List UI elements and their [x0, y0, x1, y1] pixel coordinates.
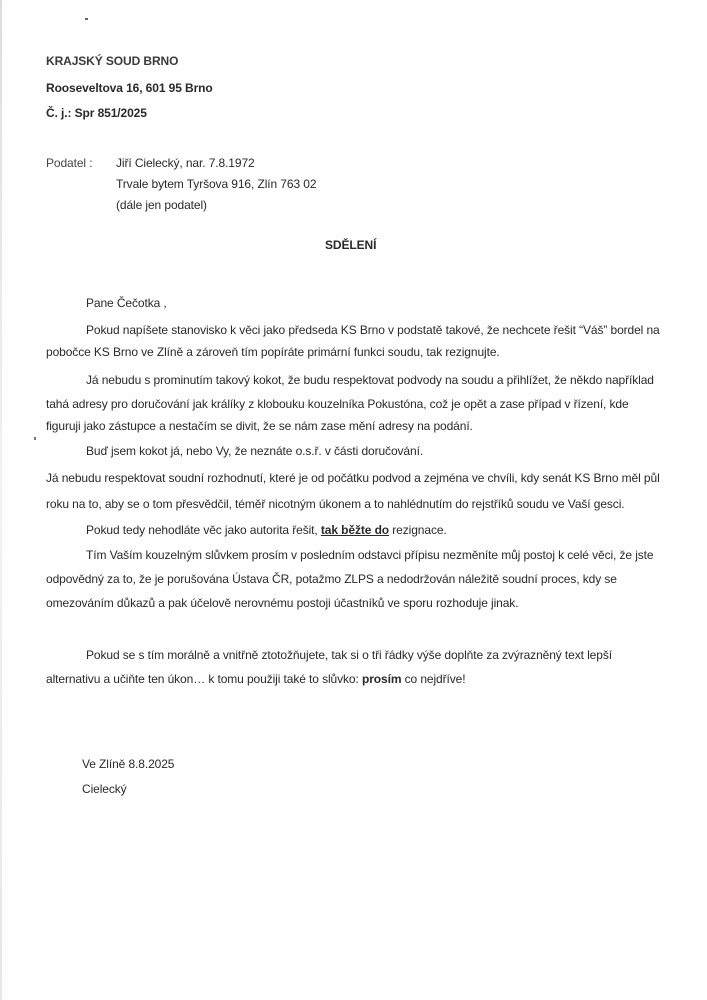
scan-speck: [34, 437, 36, 440]
scan-speck: [85, 18, 88, 20]
text-span: co nejdříve!: [401, 672, 465, 686]
paragraph-line: alternativu a učiňte ten úkon… k tomu po…: [46, 672, 465, 686]
submitter-address: Trvale bytem Tyršova 916, Zlín 763 02: [116, 177, 316, 191]
text-span: Pokud tedy nehodláte věc jako autorita ř…: [86, 523, 321, 537]
submitter-name: Jiří Cielecký, nar. 7.8.1972: [116, 156, 255, 170]
reference-number: Č. j.: Spr 851/2025: [46, 106, 147, 120]
submitter-label: Podatel :: [46, 156, 92, 170]
salutation: Pane Čečotka ,: [86, 296, 167, 310]
court-name: KRAJSKÝ SOUD BRNO: [46, 54, 178, 68]
emphasized-text: prosím: [362, 672, 401, 686]
paragraph-line: roku na to, aby se o tom přesvědčil, tém…: [46, 497, 625, 511]
paragraph-line: Pokud napíšete stanovisko k věci jako př…: [86, 323, 660, 337]
document-page: KRAJSKÝ SOUD BRNO Rooseveltova 16, 601 9…: [0, 0, 707, 1000]
paragraph-line: omezováním důkazů a pak účelově nerovném…: [46, 596, 518, 610]
paragraph-line: Buď jsem kokot já, nebo Vy, že neznáte o…: [86, 444, 423, 458]
paragraph-line: figuruji jako zástupce a nestačím se div…: [46, 419, 473, 433]
paragraph-line: odpovědný za to, že je porušována Ústava…: [46, 572, 617, 586]
place-date: Ve Zlíně 8.8.2025: [82, 757, 174, 771]
paragraph-line: tahá adresy pro doručování jak králíky z…: [46, 397, 629, 411]
signature: Cielecký: [82, 782, 127, 796]
scan-edge: [0, 0, 2, 1000]
paragraph-line: Já nebudu s prominutím takový kokot, že …: [86, 373, 654, 387]
paragraph-line: Tím Vaším kouzelným slůvkem prosím v pos…: [86, 548, 654, 562]
court-address: Rooseveltova 16, 601 95 Brno: [46, 81, 213, 95]
paragraph-line: Já nebudu respektovat soudní rozhodnutí,…: [46, 471, 660, 485]
document-title: SDĚLENÍ: [325, 238, 376, 252]
paragraph-line: Pokud tedy nehodláte věc jako autorita ř…: [86, 523, 447, 537]
text-span: rezignace.: [389, 523, 447, 537]
text-span: alternativu a učiňte ten úkon… k tomu po…: [46, 672, 362, 686]
emphasized-text: tak běžte do: [321, 523, 389, 537]
paragraph-line: Pokud se s tím morálně a vnitřně ztotožň…: [86, 648, 612, 662]
paragraph-line: pobočce KS Brno ve Zlíně a zároveň tím p…: [46, 345, 500, 359]
submitter-note: (dále jen podatel): [116, 198, 207, 212]
